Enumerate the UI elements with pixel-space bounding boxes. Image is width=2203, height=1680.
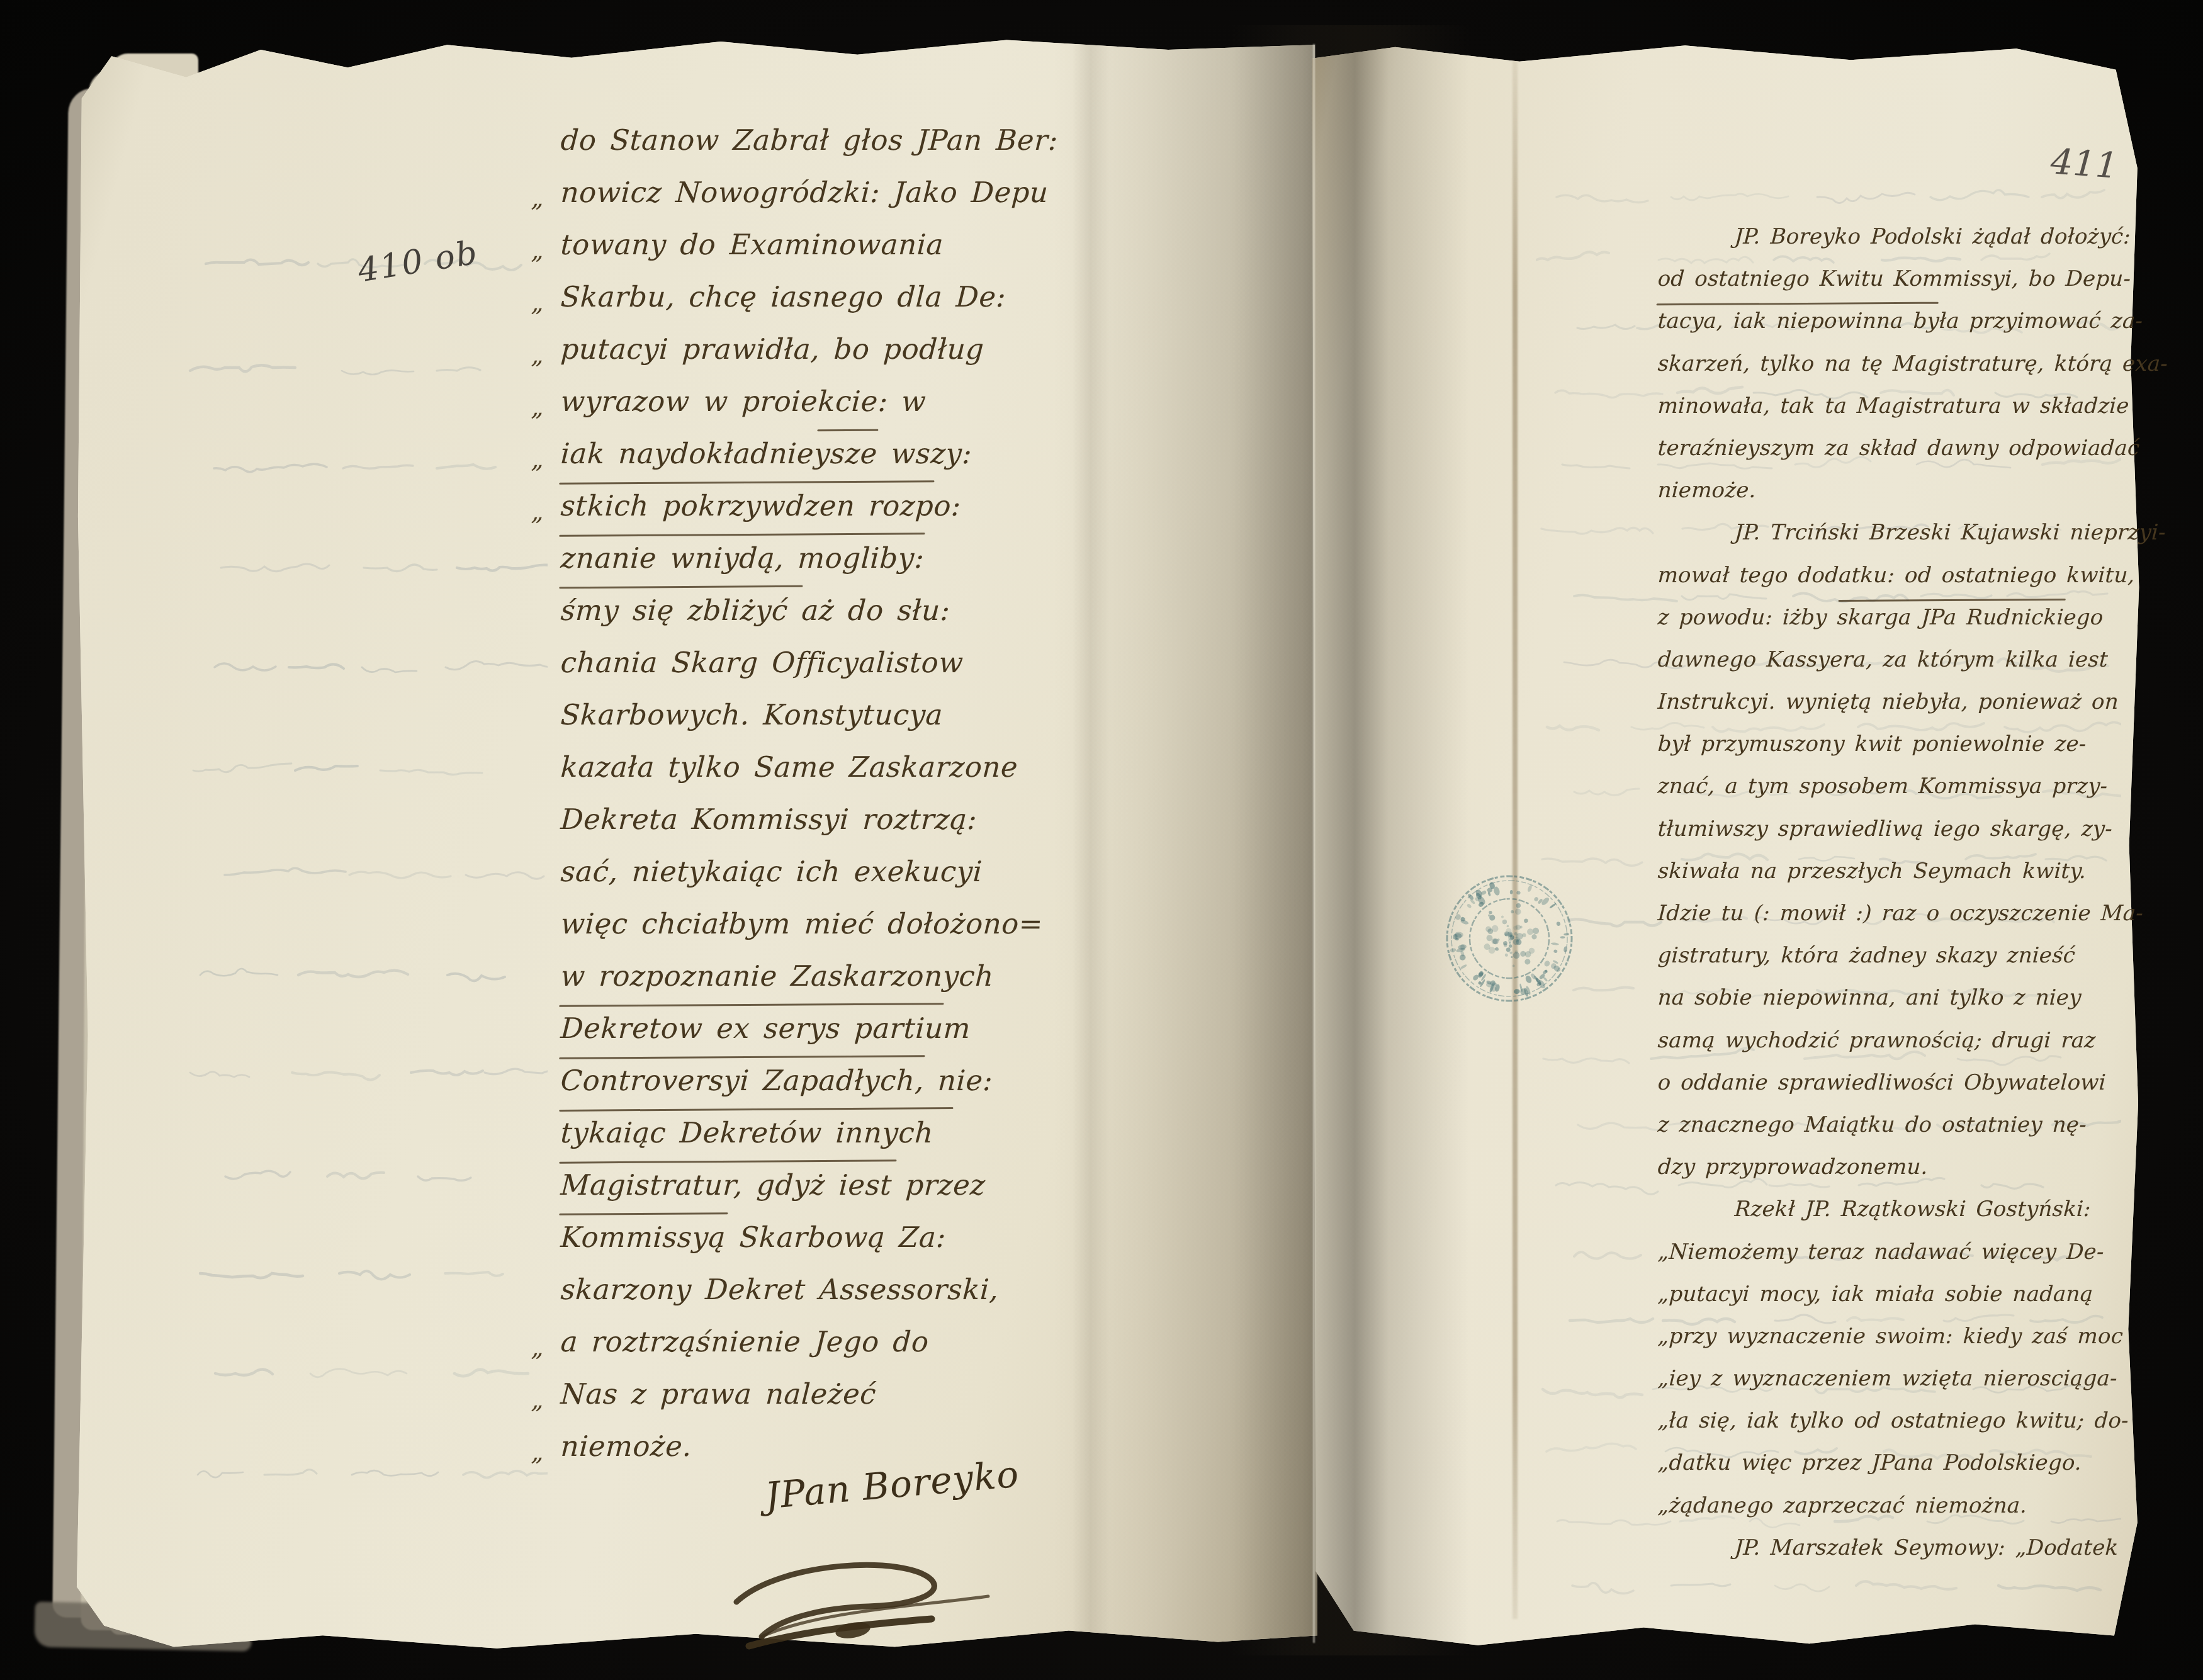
manuscript-line: „Nas z prawa należeć: [559, 1377, 1030, 1429]
manuscript-line-text: teraźnieyszym za skład dawny odpowiadać: [1657, 436, 2141, 461]
manuscript-line: „nowicz Nowogródzki: Jako Depu: [559, 176, 1030, 228]
margin-quote-mark: „: [531, 237, 544, 264]
manuscript-line-text: towany do Examinowania: [560, 228, 944, 261]
manuscript-line: więc chciałbym mieć dołożono=: [559, 907, 1030, 959]
manuscript-line-text: z powodu: iżby skarga JPa Rudnickiego: [1657, 605, 2104, 630]
manuscript-line: Instrukcyi. wyniętą niebyła, ponieważ on: [1656, 689, 2113, 731]
manuscript-line-text: więc chciałbym mieć dołożono=: [560, 907, 1044, 940]
manuscript-line-text: na sobie niepowinna, ani tylko z niey: [1657, 985, 2082, 1010]
manuscript-line: od ostatniego Kwitu Kommissyi, bo Depu-: [1656, 266, 2113, 308]
manuscript-line: JP. Marszałek Seymowy: „Dodatek: [1656, 1535, 2113, 1577]
manuscript-line: na sobie niepowinna, ani tylko z niey: [1656, 985, 2113, 1027]
manuscript-line-text: „iey z wyznaczeniem wzięta nierosciąga-: [1657, 1366, 2118, 1391]
manuscript-underline: [559, 480, 934, 485]
manuscript-line-text: wyrazow w proiekcie: w: [560, 385, 927, 418]
margin-quote-mark: „: [531, 446, 544, 473]
gutter-fold-shadow: [1053, 30, 1317, 1652]
manuscript-line-text: tłumiwszy sprawiedliwą iego skargę, zy-: [1657, 816, 2113, 842]
manuscript-line-text: dzy przyprowadzonemu.: [1657, 1154, 1929, 1180]
manuscript-line: znać, a tym sposobem Kommissya przy-: [1656, 774, 2113, 816]
manuscript-line-text: był przymuszony kwit poniewolnie ze-: [1657, 731, 2087, 757]
manuscript-line-text: niemoże.: [1657, 478, 1757, 503]
manuscript-underline: [559, 1107, 953, 1112]
manuscript-line: „putacyi prawidła, bo podług: [559, 332, 1030, 385]
manuscript-line-text: Idzie tu (: mowił :) raz o oczyszczenie …: [1657, 901, 2144, 926]
manuscript-underline: [1657, 302, 1939, 305]
margin-quote-mark: „: [531, 289, 544, 317]
manuscript-line-text: mował tego dodatku: od ostatniego kwitu,: [1657, 563, 2136, 588]
manuscript-line: tacya, iak niepowinna była przyimować za…: [1656, 308, 2113, 351]
manuscript-line: niemoże.: [1656, 478, 2113, 520]
manuscript-line-text: Controversyi Zapadłych, nie:: [560, 1064, 993, 1097]
manuscript-line-text: skiwała na przeszłych Seymach kwity.: [1657, 859, 2087, 884]
manuscript-line-text: iak naydokładnieysze wszy:: [560, 437, 972, 470]
manuscript-line: skarzony Dekret Assessorski,: [559, 1273, 1030, 1325]
manuscript-line: Skarbowych. Konstytucya: [559, 698, 1030, 750]
manuscript-line: Rzekł JP. Rzątkowski Gostyński:: [1656, 1197, 2113, 1239]
manuscript-line-text: a roztrząśnienie Jego do: [560, 1325, 930, 1358]
manuscript-line: z znacznego Maiątku do ostatniey nę-: [1656, 1112, 2113, 1154]
manuscript-line-text: „żądanego zaprzeczać niemożna.: [1657, 1493, 2028, 1518]
manuscript-line: tykaiąc Dekretów innych: [559, 1116, 1030, 1168]
manuscript-line-text: Rzekł JP. Rzątkowski Gostyński:: [1734, 1197, 2092, 1222]
manuscript-underline: [1838, 598, 2065, 601]
manuscript-line: Magistratur, gdyż iest przez: [559, 1168, 1030, 1221]
manuscript-line: tłumiwszy sprawiedliwą iego skargę, zy-: [1656, 816, 2113, 859]
manuscript-line-text: z znacznego Maiątku do ostatniey nę-: [1657, 1112, 2087, 1137]
manuscript-line-text: śmy się zbliżyć aż do słu:: [560, 594, 950, 627]
manuscript-line: Dekretow ex serys partium: [559, 1012, 1030, 1064]
manuscript-line-text: Dekreta Kommissyi roztrzą:: [560, 803, 978, 836]
manuscript-underline: [559, 1212, 728, 1215]
manuscript-line: znanie wniydą, mogliby:: [559, 541, 1030, 594]
manuscript-line-text: tykaiąc Dekretów innych: [560, 1116, 934, 1149]
manuscript-underline: [559, 1055, 925, 1059]
manuscript-line-text: Nas z prawa należeć: [560, 1377, 877, 1411]
manuscript-line: Dekreta Kommissyi roztrzą:: [559, 803, 1030, 855]
manuscript-line-text: skarzony Dekret Assessorski,: [560, 1273, 1000, 1306]
manuscript-line: „iey z wyznaczeniem wzięta nierosciąga-: [1656, 1366, 2113, 1408]
page-edge-highlight: [1313, 44, 1315, 1643]
manuscript-underline: [559, 533, 925, 537]
manuscript-line: był przymuszony kwit poniewolnie ze-: [1656, 731, 2113, 774]
manuscript-line: śmy się zbliżyć aż do słu:: [559, 594, 1030, 646]
manuscript-line-text: znać, a tym sposobem Kommissya przy-: [1657, 774, 2109, 799]
manuscript-line-text: chania Skarg Officyalistow: [560, 646, 964, 679]
left-page-text: do Stanow Zabrał głos JPan Ber:„nowicz N…: [560, 123, 1029, 1482]
manuscript-line-text: znanie wniydą, mogliby:: [560, 541, 925, 575]
manuscript-line: „towany do Examinowania: [559, 228, 1030, 280]
gutter-dirt-streak: [1513, 58, 1518, 1619]
manuscript-line-text: sać, nietykaiąc ich exekucyi: [560, 855, 983, 888]
manuscript-line-text: JP. Marszałek Seymowy: „Dodatek: [1734, 1535, 2119, 1560]
manuscript-line-text: niemoże.: [560, 1429, 692, 1463]
manuscript-line: „ła się, iak tylko od ostatniego kwitu; …: [1656, 1408, 2113, 1450]
manuscript-underline: [559, 1159, 897, 1163]
manuscript-line: o oddanie sprawiedliwości Obywatelowi: [1656, 1070, 2113, 1112]
manuscript-underline: [559, 1003, 944, 1007]
manuscript-line-text: nowicz Nowogródzki: Jako Depu: [560, 176, 1049, 209]
manuscript-line: „stkich pokrzywdzen rozpo:: [559, 489, 1030, 541]
manuscript-line-text: samą wychodzić prawnością; drugi raz: [1657, 1028, 2097, 1053]
manuscript-line: samą wychodzić prawnością; drugi raz: [1656, 1028, 2113, 1070]
margin-quote-mark: „: [531, 1386, 544, 1414]
manuscript-line: Idzie tu (: mowił :) raz o oczyszczenie …: [1656, 901, 2113, 943]
manuscript-line: dawnego Kassyera, za którym kilka iest: [1656, 647, 2113, 689]
manuscript-line-text: „putacyi mocy, iak miała sobie nadaną: [1657, 1282, 2094, 1307]
manuscript-line: „Niemożemy teraz nadawać więcey De-: [1656, 1239, 2113, 1282]
manuscript-line: z powodu: iżby skarga JPa Rudnickiego: [1656, 605, 2113, 647]
manuscript-line-text: Instrukcyi. wyniętą niebyła, ponieważ on: [1657, 689, 2119, 714]
manuscript-line: w rozpoznanie Zaskarzonych: [559, 959, 1030, 1012]
manuscript-line-text: o oddanie sprawiedliwości Obywatelowi: [1657, 1070, 2107, 1095]
manuscript-line: „przy wyznaczenie swoim: kiedy zaś moc: [1656, 1324, 2113, 1366]
manuscript-line-text: tacya, iak niepowinna była przyimować za…: [1657, 308, 2144, 334]
manuscript-line: „putacyi mocy, iak miała sobie nadaną: [1656, 1282, 2113, 1324]
manuscript-line-text: Skarbu, chcę iasnego dla De:: [560, 280, 1006, 313]
manuscript-line: minowała, tak ta Magistratura w składzie: [1656, 393, 2113, 436]
manuscript-line: kazała tylko Same Zaskarzone: [559, 750, 1030, 803]
manuscript-line: sać, nietykaiąc ich exekucyi: [559, 855, 1030, 907]
manuscript-line-text: gistratury, która żadney skazy znieść: [1657, 943, 2076, 968]
manuscript-line-text: dawnego Kassyera, za którym kilka iest: [1657, 647, 2109, 672]
manuscript-line-text: Kommissyą Skarbową Za:: [560, 1221, 947, 1254]
manuscript-line: „datku więc przez JPana Podolskiego.: [1656, 1450, 2113, 1492]
manuscript-line: mował tego dodatku: od ostatniego kwitu,: [1656, 563, 2113, 605]
manuscript-line: „Skarbu, chcę iasnego dla De:: [559, 280, 1030, 332]
manuscript-line: dzy przyprowadzonemu.: [1656, 1154, 2113, 1197]
manuscript-line: skiwała na przeszłych Seymach kwity.: [1656, 859, 2113, 901]
manuscript-line: Kommissyą Skarbową Za:: [559, 1221, 1030, 1273]
manuscript-line-text: JP. Boreyko Podolski żądał dołożyć:: [1734, 224, 2131, 249]
margin-quote-mark: „: [531, 341, 544, 369]
manuscript-underline: [559, 585, 803, 589]
library-stamp-icon: [1417, 846, 1602, 1031]
manuscript-line-text: JP. Trciński Brzeski Kujawski nieprzyi-: [1734, 520, 2166, 545]
page-number: 411: [2049, 141, 2119, 186]
manuscript-line-text: „datku więc przez JPana Podolskiego.: [1657, 1450, 2082, 1475]
manuscript-line-text: od ostatniego Kwitu Kommissyi, bo Depu-: [1657, 266, 2132, 291]
manuscript-line: JP. Trciński Brzeski Kujawski nieprzyi-: [1656, 520, 2113, 562]
margin-quote-mark: „: [531, 1334, 544, 1361]
manuscript-line: „iak naydokładnieysze wszy:: [559, 437, 1030, 489]
manuscript-line: „wyrazow w proiekcie: w: [559, 385, 1030, 437]
manuscript-line-text: stkich pokrzywdzen rozpo:: [560, 489, 962, 522]
manuscript-line-text: „przy wyznaczenie swoim: kiedy zaś moc: [1657, 1324, 2124, 1349]
manuscript-line-text: putacyi prawidła, bo podług: [560, 332, 984, 366]
manuscript-line: teraźnieyszym za skład dawny odpowiadać: [1656, 436, 2113, 478]
margin-quote-mark: „: [531, 184, 544, 212]
manuscript-line-text: w rozpoznanie Zaskarzonych: [560, 959, 994, 993]
manuscript-line-text: „ła się, iak tylko od ostatniego kwitu; …: [1657, 1408, 2129, 1433]
manuscript-line: skarzeń, tylko na tę Magistraturę, którą…: [1656, 351, 2113, 393]
manuscript-line-text: skarzeń, tylko na tę Magistraturę, którą…: [1657, 351, 2168, 376]
manuscript-line-text: Magistratur, gdyż iest przez: [560, 1168, 986, 1202]
manuscript-line-text: do Stanow Zabrał głos JPan Ber:: [560, 123, 1059, 157]
manuscript-line: gistratury, która żadney skazy znieść: [1656, 943, 2113, 985]
manuscript-line-text: Dekretow ex serys partium: [560, 1012, 971, 1045]
manuscript-line-text: kazała tylko Same Zaskarzone: [560, 750, 1018, 784]
manuscript-line: chania Skarg Officyalistow: [559, 646, 1030, 698]
right-page-text: JP. Boreyko Podolski żądał dołożyć:od os…: [1657, 224, 2112, 1577]
margin-quote-mark: „: [531, 1438, 544, 1466]
manuscript-underline: [817, 429, 878, 432]
manuscript-scan: 410 ob 411 do Stanow Zabrał głos JPan Be…: [0, 0, 2203, 1680]
manuscript-line: Controversyi Zapadłych, nie:: [559, 1064, 1030, 1116]
margin-quote-mark: „: [531, 498, 544, 526]
manuscript-line: „a roztrząśnienie Jego do: [559, 1325, 1030, 1377]
manuscript-line-text: minowała, tak ta Magistratura w składzie: [1657, 393, 2130, 419]
manuscript-line: „żądanego zaprzeczać niemożna.: [1656, 1493, 2113, 1535]
signature-flourish: [724, 1536, 1026, 1674]
manuscript-line-text: „Niemożemy teraz nadawać więcey De-: [1657, 1239, 2105, 1265]
manuscript-line: do Stanow Zabrał głos JPan Ber:: [559, 123, 1030, 176]
margin-quote-mark: „: [531, 393, 544, 421]
manuscript-line-text: Skarbowych. Konstytucya: [560, 698, 944, 731]
manuscript-line: JP. Boreyko Podolski żądał dołożyć:: [1656, 224, 2113, 266]
